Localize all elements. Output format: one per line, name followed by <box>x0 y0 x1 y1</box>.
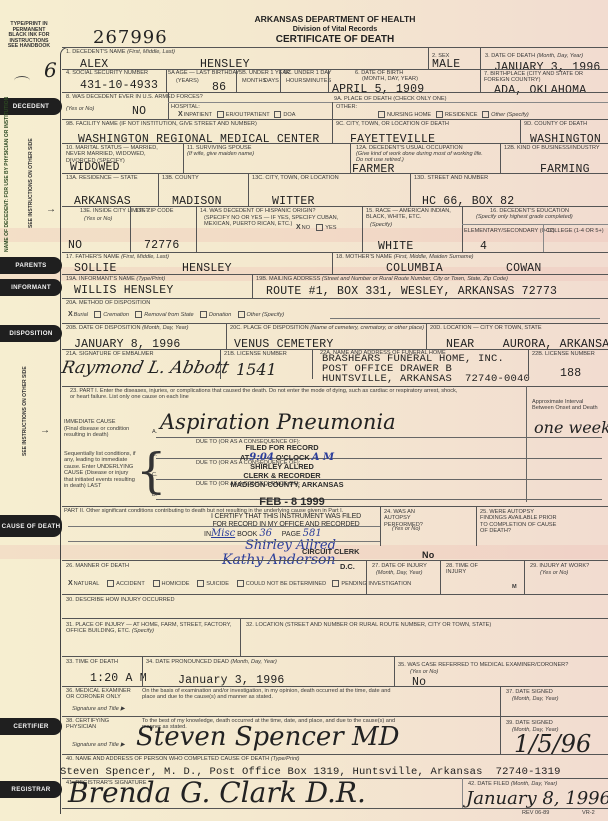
referred-to-me-value: No <box>412 677 426 689</box>
label-zip-code: 13f. ZIP CODE <box>135 208 173 214</box>
vertical-rule <box>500 143 501 173</box>
stamp-clerk-title: CLERK & RECORDER <box>222 471 342 480</box>
horizontal-rule <box>62 143 608 144</box>
place-of-death-other-options: Nursing Home Residence Other (Specify) <box>378 111 529 118</box>
label-college: College (1-4 or 5+) <box>546 228 604 234</box>
horizontal-rule <box>68 541 380 542</box>
vertical-rule <box>166 69 167 92</box>
label-part-1-instructions: 23. PART I. Enter the diseases, injuries… <box>70 388 460 401</box>
embalmer-license-value: 1541 <box>236 360 277 379</box>
see-instructions-note: SEE INSTRUCTIONS ON OTHER SIDE <box>28 138 34 228</box>
label-place-of-disposition: 20c. PLACE OF DISPOSITION (Name of cemet… <box>230 325 424 331</box>
vertical-rule <box>394 656 395 686</box>
physician-signature: Steven Spencer MD <box>136 722 399 752</box>
vertical-name-note: NAME OF DECEDENT: For use by physician o… <box>4 97 10 252</box>
horizontal-rule <box>62 119 608 120</box>
date-filed-value: January 8, 1996 <box>466 788 608 809</box>
checkbox-er-outpatient[interactable] <box>217 111 224 118</box>
checkbox-donation[interactable] <box>200 311 207 318</box>
stamp-clerk-name: SHIRLEY ALLRED <box>222 462 342 471</box>
checkbox-hispanic-no-checked[interactable]: X <box>296 224 301 231</box>
label-time-of-injury: 28. TIME OF INJURY <box>446 563 486 576</box>
line-letter-c: c. <box>152 472 158 478</box>
label-date-of-disposition: 20b. DATE OF DISPOSITION (Month, Day, Ye… <box>66 325 189 331</box>
tab-registrar: REGISTRAR <box>0 781 62 798</box>
kind-of-business-value: FARMING <box>540 164 590 176</box>
label-under-1-day: 5c. UNDER 1 DAY <box>284 70 331 76</box>
label-months: Months <box>242 78 266 84</box>
vertical-rule <box>526 386 527 502</box>
vertical-rule <box>462 206 463 252</box>
vertical-rule <box>380 506 381 546</box>
label-county-of-death: 9d. COUNTY OF DEATH <box>524 121 587 127</box>
label-father-name: 17. FATHER'S NAME (First, Middle, Last) <box>66 254 169 260</box>
horizontal-rule <box>62 173 608 174</box>
horizontal-rule <box>68 526 380 527</box>
horizontal-rule <box>62 754 608 755</box>
disposition-options: XBurial Cremation Removal from State Don… <box>68 311 284 318</box>
label-facility: 9b. FACILITY NAME (If not institution, g… <box>66 121 257 127</box>
checkbox-homicide[interactable] <box>153 580 160 587</box>
horizontal-rule <box>62 506 608 507</box>
horizontal-rule <box>62 560 608 561</box>
vertical-rule <box>226 323 227 349</box>
checkbox-nursing-home[interactable] <box>378 111 385 118</box>
manner-of-death-options: XNatural Accident Homicide Suicide Could… <box>68 580 411 587</box>
checkbox-other-specify[interactable] <box>482 111 489 118</box>
vertical-rule <box>350 143 351 173</box>
horizontal-rule <box>62 274 608 275</box>
horizontal-rule <box>62 618 608 619</box>
label-manner-of-death: 26. MANNER OF DEATH <box>66 563 129 569</box>
ssn-value: 431-10-4933 <box>80 80 158 92</box>
label-days: Days <box>264 78 279 84</box>
label-under-1-year: 5b. UNDER 1 YEAR <box>239 70 290 76</box>
label-hospital: HOSPITAL: <box>171 104 200 110</box>
handwritten-mark: 6 <box>44 58 57 82</box>
vertical-rule <box>476 506 477 546</box>
funeral-home-license-value: 188 <box>560 368 581 380</box>
informant-name-value: WILLIS HENSLEY <box>74 285 173 297</box>
label-hours: Hours <box>286 78 306 84</box>
funeral-home-line3: HUNTSVILLE, ARKANSAS 72740-0040 <box>322 374 530 385</box>
vertical-rule <box>528 349 529 379</box>
label-education-hint: (Specify only highest grade completed) <box>476 214 573 220</box>
label-armed-forces: 8. WAS DECEDENT EVER IN U.S. ARMED FORCE… <box>66 94 203 100</box>
horizontal-rule <box>462 224 608 225</box>
stamp-dc: D.C. <box>340 562 355 571</box>
vertical-rule <box>280 69 281 92</box>
immediate-cause-value: Aspiration Pneumonia <box>160 410 396 434</box>
label-autopsy-findings: 25. WERE AUTOPSY FINDINGS AVAILABLE PRIO… <box>480 509 560 535</box>
death-certificate: TYPE/PRINT IN PERMANENT BLACK INK FOR IN… <box>0 0 608 821</box>
form-revision: REV 06-89 <box>522 810 549 816</box>
label-dob-hint: (Month, Day, Year) <box>362 76 418 82</box>
label-residence-state: 13a. RESIDENCE — STATE <box>66 175 138 181</box>
label-age: 5a AGE — Last Birthday <box>168 70 240 76</box>
horizontal-rule <box>62 716 608 717</box>
birthplace-value: ADA, OKLAHOMA <box>494 85 586 97</box>
horizontal-rule <box>62 594 608 595</box>
horizontal-rule <box>62 47 608 48</box>
label-other: OTHER: <box>336 104 357 110</box>
label-hispanic-origin: 14. WAS DECEDENT OF HISPANIC ORIGIN? <box>200 208 316 214</box>
checkbox-natural-checked[interactable]: X <box>68 580 73 587</box>
label-physician-signature: Signature and Title ▶ <box>72 742 125 748</box>
checkbox-undetermined[interactable] <box>237 580 244 587</box>
label-city-limits-hint: (Yes or No) <box>84 216 112 222</box>
vertical-rule <box>236 69 237 92</box>
form-number: VR-2 <box>582 810 595 816</box>
stamp-filed-for-record: FILED FOR RECORD <box>222 443 342 452</box>
label-kind-of-business: 12b. KIND OF BUSINESS/INDUSTRY <box>504 145 600 151</box>
label-disposition-location: 20d. LOCATION — City or Town, State <box>430 325 542 331</box>
label-autopsy-hint: (Yes or No) <box>392 526 420 532</box>
label-residence-city: 13c. CITY, TOWN, OR LOCATION <box>252 175 339 181</box>
checkbox-other-disposition[interactable] <box>238 311 245 318</box>
medical-examiner-text: On the basis of examination and/or inves… <box>142 688 402 701</box>
checkbox-burial-checked[interactable]: X <box>68 311 73 318</box>
horizontal-rule <box>62 323 608 324</box>
division-name: Division of Vital Records <box>200 24 470 33</box>
vertical-rule <box>410 173 411 206</box>
checkbox-inpatient-checked[interactable]: X <box>178 111 183 118</box>
label-injury-at-work-hint: (Yes or No) <box>540 570 568 576</box>
label-occupation-hint: (Give kind of work done during most of w… <box>356 151 486 164</box>
label-date-filed: 42. DATE FILED (Month, Day, Year) <box>468 781 557 787</box>
certificate-number: 267996 <box>93 27 168 48</box>
label-elementary-secondary: Elementary/Secondary (0-12) <box>464 228 555 234</box>
label-date-of-injury-hint: (Month, Day, Year) <box>376 570 422 576</box>
vertical-rule <box>158 173 159 206</box>
vertical-rule <box>332 252 333 274</box>
vertical-rule <box>332 102 333 119</box>
see-instructions-note: SEE INSTRUCTIONS ON OTHER SIDE <box>22 366 28 456</box>
time-of-death-value: 1:20 A M <box>90 673 147 685</box>
label-injury-at-work: 29. INJURY AT WORK? <box>530 563 589 569</box>
zip-code-value: 72776 <box>144 240 180 252</box>
vertical-rule <box>543 224 544 252</box>
line-letter-a: a. <box>152 429 157 435</box>
department-name: ARKANSAS DEPARTMENT OF HEALTH <box>200 14 470 24</box>
stamp-county: MADISON COUNTY, ARKANSAS <box>212 480 362 489</box>
label-residence-county: 13b. COUNTY <box>162 175 199 181</box>
label-me-date-hint: (Month, Day, Year) <box>512 696 558 702</box>
hispanic-options: XNo Yes <box>296 224 336 231</box>
horizontal-rule <box>62 808 608 809</box>
label-medical-examiner: 36. MEDICAL EXAMINER or CORONER Only <box>66 688 138 701</box>
stamp-certify-line1: I CERTIFY THAT THIS INSTRUMENT WAS FILED <box>196 513 376 520</box>
label-time-of-death: 33. TIME OF DEATH <box>66 659 118 665</box>
label-residence-street: 13d. STREET AND NUMBER <box>414 175 488 181</box>
label-date-of-death: 3. DATE OF DEATH (Month, Day, Year) <box>485 53 583 59</box>
vertical-rule <box>142 656 143 686</box>
checkbox-hispanic-yes[interactable] <box>316 224 323 231</box>
label-armed-forces-hint: (Yes or No) <box>66 106 94 112</box>
label-spouse-hint: (If wife, give maiden name) <box>187 151 254 157</box>
vertical-rule <box>183 143 184 173</box>
vertical-rule <box>362 206 363 252</box>
label-age-years: (Years) <box>176 78 199 84</box>
vertical-rule <box>524 560 525 594</box>
checkbox-cremation[interactable] <box>94 311 101 318</box>
label-injury-location: 32. LOCATION (Street and Number or Rural… <box>246 622 491 628</box>
label-immediate-cause: IMMEDIATE CAUSE <box>64 419 116 425</box>
vertical-rule <box>520 119 521 143</box>
punch-hole-icon <box>14 76 30 85</box>
tab-parents: PARENTS <box>0 257 62 274</box>
label-method-of-disposition: 20a. METHOD OF DISPOSITION <box>66 300 150 306</box>
vertical-rule <box>240 618 241 656</box>
label-place-of-injury: 31. PLACE OF INJURY — At home, farm, str… <box>66 622 236 635</box>
tab-informant: INFORMANT <box>0 279 62 296</box>
interval-a-value: one week <box>534 418 608 437</box>
vertical-rule <box>366 560 367 594</box>
label-physician-date-signed: 39. DATE SIGNED <box>506 720 553 726</box>
vertical-rule <box>500 686 501 754</box>
date-of-birth-value: APRIL 5, 1909 <box>332 84 424 96</box>
label-completer: 40. NAME AND ADDRESS OF PERSON WHO COMPL… <box>66 756 300 762</box>
tab-disposition: DISPOSITION <box>0 325 62 342</box>
vertical-rule <box>328 69 329 92</box>
arrow-right-icon: → <box>40 425 50 436</box>
line-letter-d: d. <box>152 492 158 498</box>
horizontal-rule <box>156 437 602 438</box>
tab-certifier: CERTIFIER <box>0 718 62 735</box>
time-of-injury-suffix: M <box>512 584 517 590</box>
vertical-rule <box>462 778 463 808</box>
horizontal-rule <box>62 252 608 253</box>
instructions-box: TYPE/PRINT IN PERMANENT BLACK INK FOR IN… <box>4 22 54 50</box>
registrar-signature: Brenda G. Clark D.R. <box>68 776 366 809</box>
checkbox-doa[interactable] <box>274 111 281 118</box>
occupation-value: FARMER <box>352 164 395 176</box>
label-embalmer-license: 21b. LICENSE NUMBER <box>224 351 287 357</box>
horizontal-rule <box>156 499 602 500</box>
label-immediate-hint: (Final disease or condition resulting in… <box>64 426 134 439</box>
label-date-pronounced: 34. DATE PRONOUNCED DEAD (Month, Day, Ye… <box>146 659 277 665</box>
label-date-of-injury: 27. DATE OF INJURY <box>372 563 427 569</box>
label-mailing-address: 19b. MAILING ADDRESS (Street and Number … <box>256 276 508 282</box>
checkbox-removal-from-state[interactable] <box>135 311 142 318</box>
vertical-rule <box>312 349 313 379</box>
label-embalmer-signature: 21a. SIGNATURE OF EMBALMER <box>66 351 154 357</box>
label-interval: Approximate Interval Between Onset and D… <box>532 399 600 412</box>
checkbox-suicide[interactable] <box>197 580 204 587</box>
label-race-hint: (Specify) <box>370 222 392 228</box>
inside-city-limits-value: NO <box>68 240 82 252</box>
horizontal-rule <box>330 318 600 319</box>
armed-forces-value: NO <box>132 106 146 118</box>
checkbox-accident[interactable] <box>107 580 114 587</box>
label-birthplace: 7. BIRTHPLACE (City and State or Foreign… <box>484 71 604 84</box>
vertical-rule <box>196 206 197 252</box>
vertical-rule <box>248 173 249 206</box>
checkbox-pending[interactable] <box>332 580 339 587</box>
label-certifying-physician: 38. CERTIFYING PHYSICIAN <box>66 718 126 731</box>
label-describe-injury: 30. DESCRIBE HOW INJURY OCCURRED <box>66 597 175 603</box>
mailing-address-value: ROUTE #1, BOX 331, WESLEY, ARKANSAS 7277… <box>266 286 557 298</box>
vertical-rule <box>332 119 333 143</box>
label-informant-name: 19a. INFORMANT'S NAME (Type/Print) <box>66 276 165 282</box>
label-city-of-death: 9c. CITY, TOWN, OR LOCATION OF DEATH <box>336 121 449 127</box>
label-me-signature: Signature and Title ▶ <box>72 706 125 712</box>
horizontal-rule <box>62 206 608 207</box>
label-decedent-name: 1. DECEDENT'S NAME (First, Middle, Last) <box>66 49 175 55</box>
place-of-death-hospital-options: XInpatient ER/Outpatient DOA <box>178 111 295 118</box>
label-mother-name: 18. MOTHER'S NAME (First, Middle, Maiden… <box>336 254 474 260</box>
checkbox-residence[interactable] <box>436 111 443 118</box>
horizontal-rule <box>62 686 608 687</box>
horizontal-rule <box>168 102 608 103</box>
label-referred-to-me: 35. WAS CASE REFERRED TO MEDICAL EXAMINE… <box>398 662 568 668</box>
label-funeral-home-license: 22b. LICENSE NUMBER <box>532 351 595 357</box>
horizontal-rule <box>62 92 608 93</box>
vertical-rule <box>426 323 427 349</box>
label-race: 15. RACE — American Indian, Black, White… <box>366 208 458 221</box>
vertical-rule <box>440 560 441 594</box>
label-referred-hint: (Yes or No) <box>410 669 438 675</box>
horizontal-rule <box>62 656 608 657</box>
label-sequential: Sequentially list conditions, if any, le… <box>64 451 136 489</box>
embalmer-signature: Raymond L. Abbott <box>60 358 231 378</box>
tab-cause-of-death: CAUSE OF DEATH <box>0 515 62 537</box>
horizontal-rule <box>62 298 608 299</box>
label-ssn: 4. SOCIAL SECURITY NUMBER <box>66 70 148 76</box>
vertical-rule <box>252 274 253 298</box>
vertical-rule <box>130 206 131 252</box>
vertical-rule <box>428 47 429 69</box>
label-me-date-signed: 37. DATE SIGNED <box>506 689 553 695</box>
vertical-rule <box>168 92 169 119</box>
arrow-right-icon: → <box>46 204 56 215</box>
page-title: CERTIFICATE OF DEATH <box>200 34 470 45</box>
vertical-rule <box>220 349 221 379</box>
